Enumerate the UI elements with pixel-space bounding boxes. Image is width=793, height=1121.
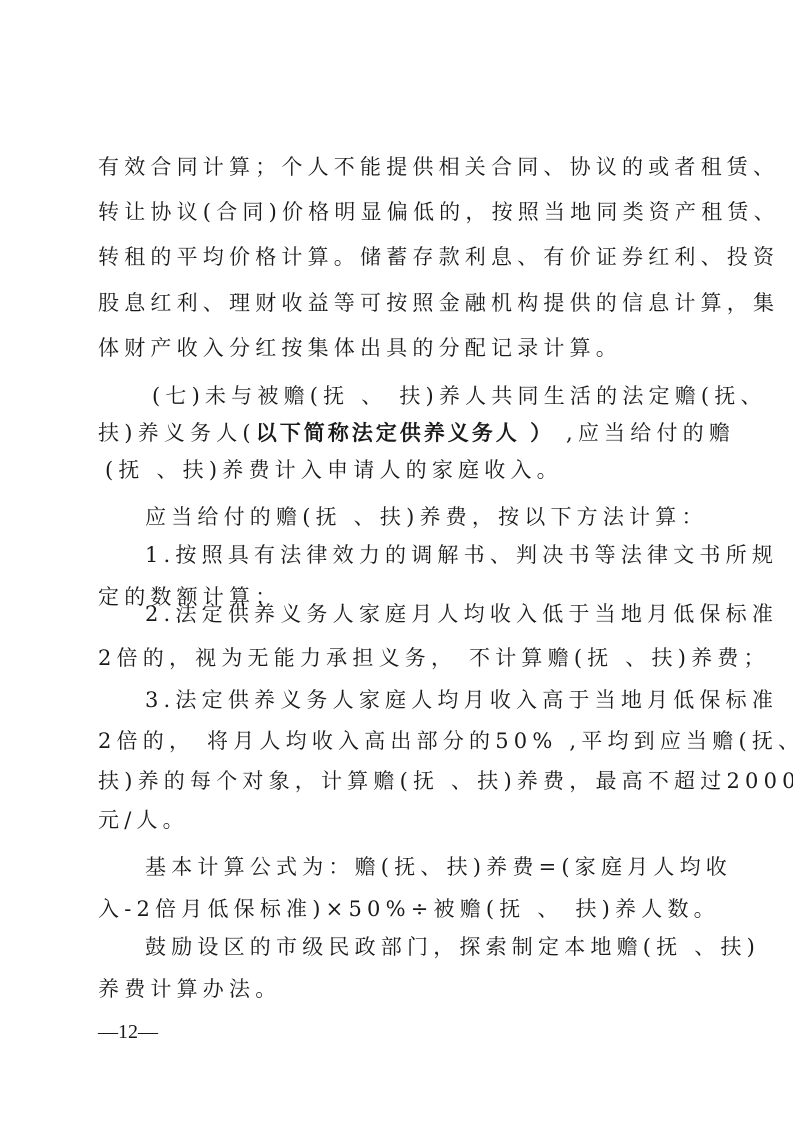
formula-line: 入-2倍月低保标准)×50%÷被赡(抚 、 扶)养人数。 (98, 895, 698, 923)
paragraph-text: 扶)养义务人( (98, 421, 256, 445)
paragraph-line: (抚 、扶)养费计入申请人的家庭收入。 (105, 456, 705, 484)
paragraph-line: 养费计算办法。 (98, 975, 698, 1003)
list-item-1-line: 1.按照具有法律效力的调解书、判决书等法律文书所规 (145, 541, 745, 569)
list-item-2-line: 2.法定供养义务人家庭月人均收入低于当地月低保标准 (145, 600, 745, 628)
section-seven-heading-line: (七)未与被赡(抚 、 扶)养人共同生活的法定赡(抚、 (152, 382, 752, 410)
paragraph-line: 应当给付的赡(抚 、扶)养费，按以下方法计算： (145, 503, 745, 531)
list-item-3-line: 2倍的， 将月人均收入高出部分的50% ,平均到应当赡(抚、 (98, 727, 698, 755)
paragraph-line-with-bold: 扶)养义务人(以下简称法定供养义务人 ） ,应当给付的赡 (98, 419, 698, 447)
paragraph-text: ,应当给付的赡 (554, 421, 735, 445)
formula-line: 基本计算公式为：赡(抚、扶)养费=(家庭月人均收 (145, 853, 745, 881)
list-item-3-line: 扶)养的每个对象，计算赡(抚 、扶)养费，最高不超过2000 (98, 767, 698, 795)
paragraph-line: 股息红利、理财收益等可按照金融机构提供的信息计算，集 (98, 289, 698, 317)
paragraph-line: 转租的平均价格计算。储蓄存款利息、有价证券红利、投资 (98, 243, 698, 271)
paragraph-line: 体财产收入分红按集体出具的分配记录计算。 (98, 334, 698, 362)
list-item-2-line: 2倍的，视为无能力承担义务， 不计算赡(抚 、扶)养费； (98, 644, 698, 672)
page-number: —12— (98, 1021, 158, 1044)
paragraph-line: 鼓励设区的市级民政部门，探索制定本地赡(抚 、扶) (145, 933, 745, 961)
paragraph-line: 有效合同计算；个人不能提供相关合同、协议的或者租赁、 (98, 153, 698, 181)
bold-definition-term: 以下简称法定供养义务人 ） (256, 421, 554, 445)
paragraph-line: 转让协议(合同)价格明显偏低的，按照当地同类资产租赁、 (98, 198, 698, 226)
list-item-3-line: 元/人。 (98, 806, 698, 834)
document-page: 有效合同计算；个人不能提供相关合同、协议的或者租赁、 转让协议(合同)价格明显偏… (0, 0, 793, 1121)
list-item-3-line: 3.法定供养义务人家庭人均月收入高于当地月低保标准 (145, 686, 745, 714)
